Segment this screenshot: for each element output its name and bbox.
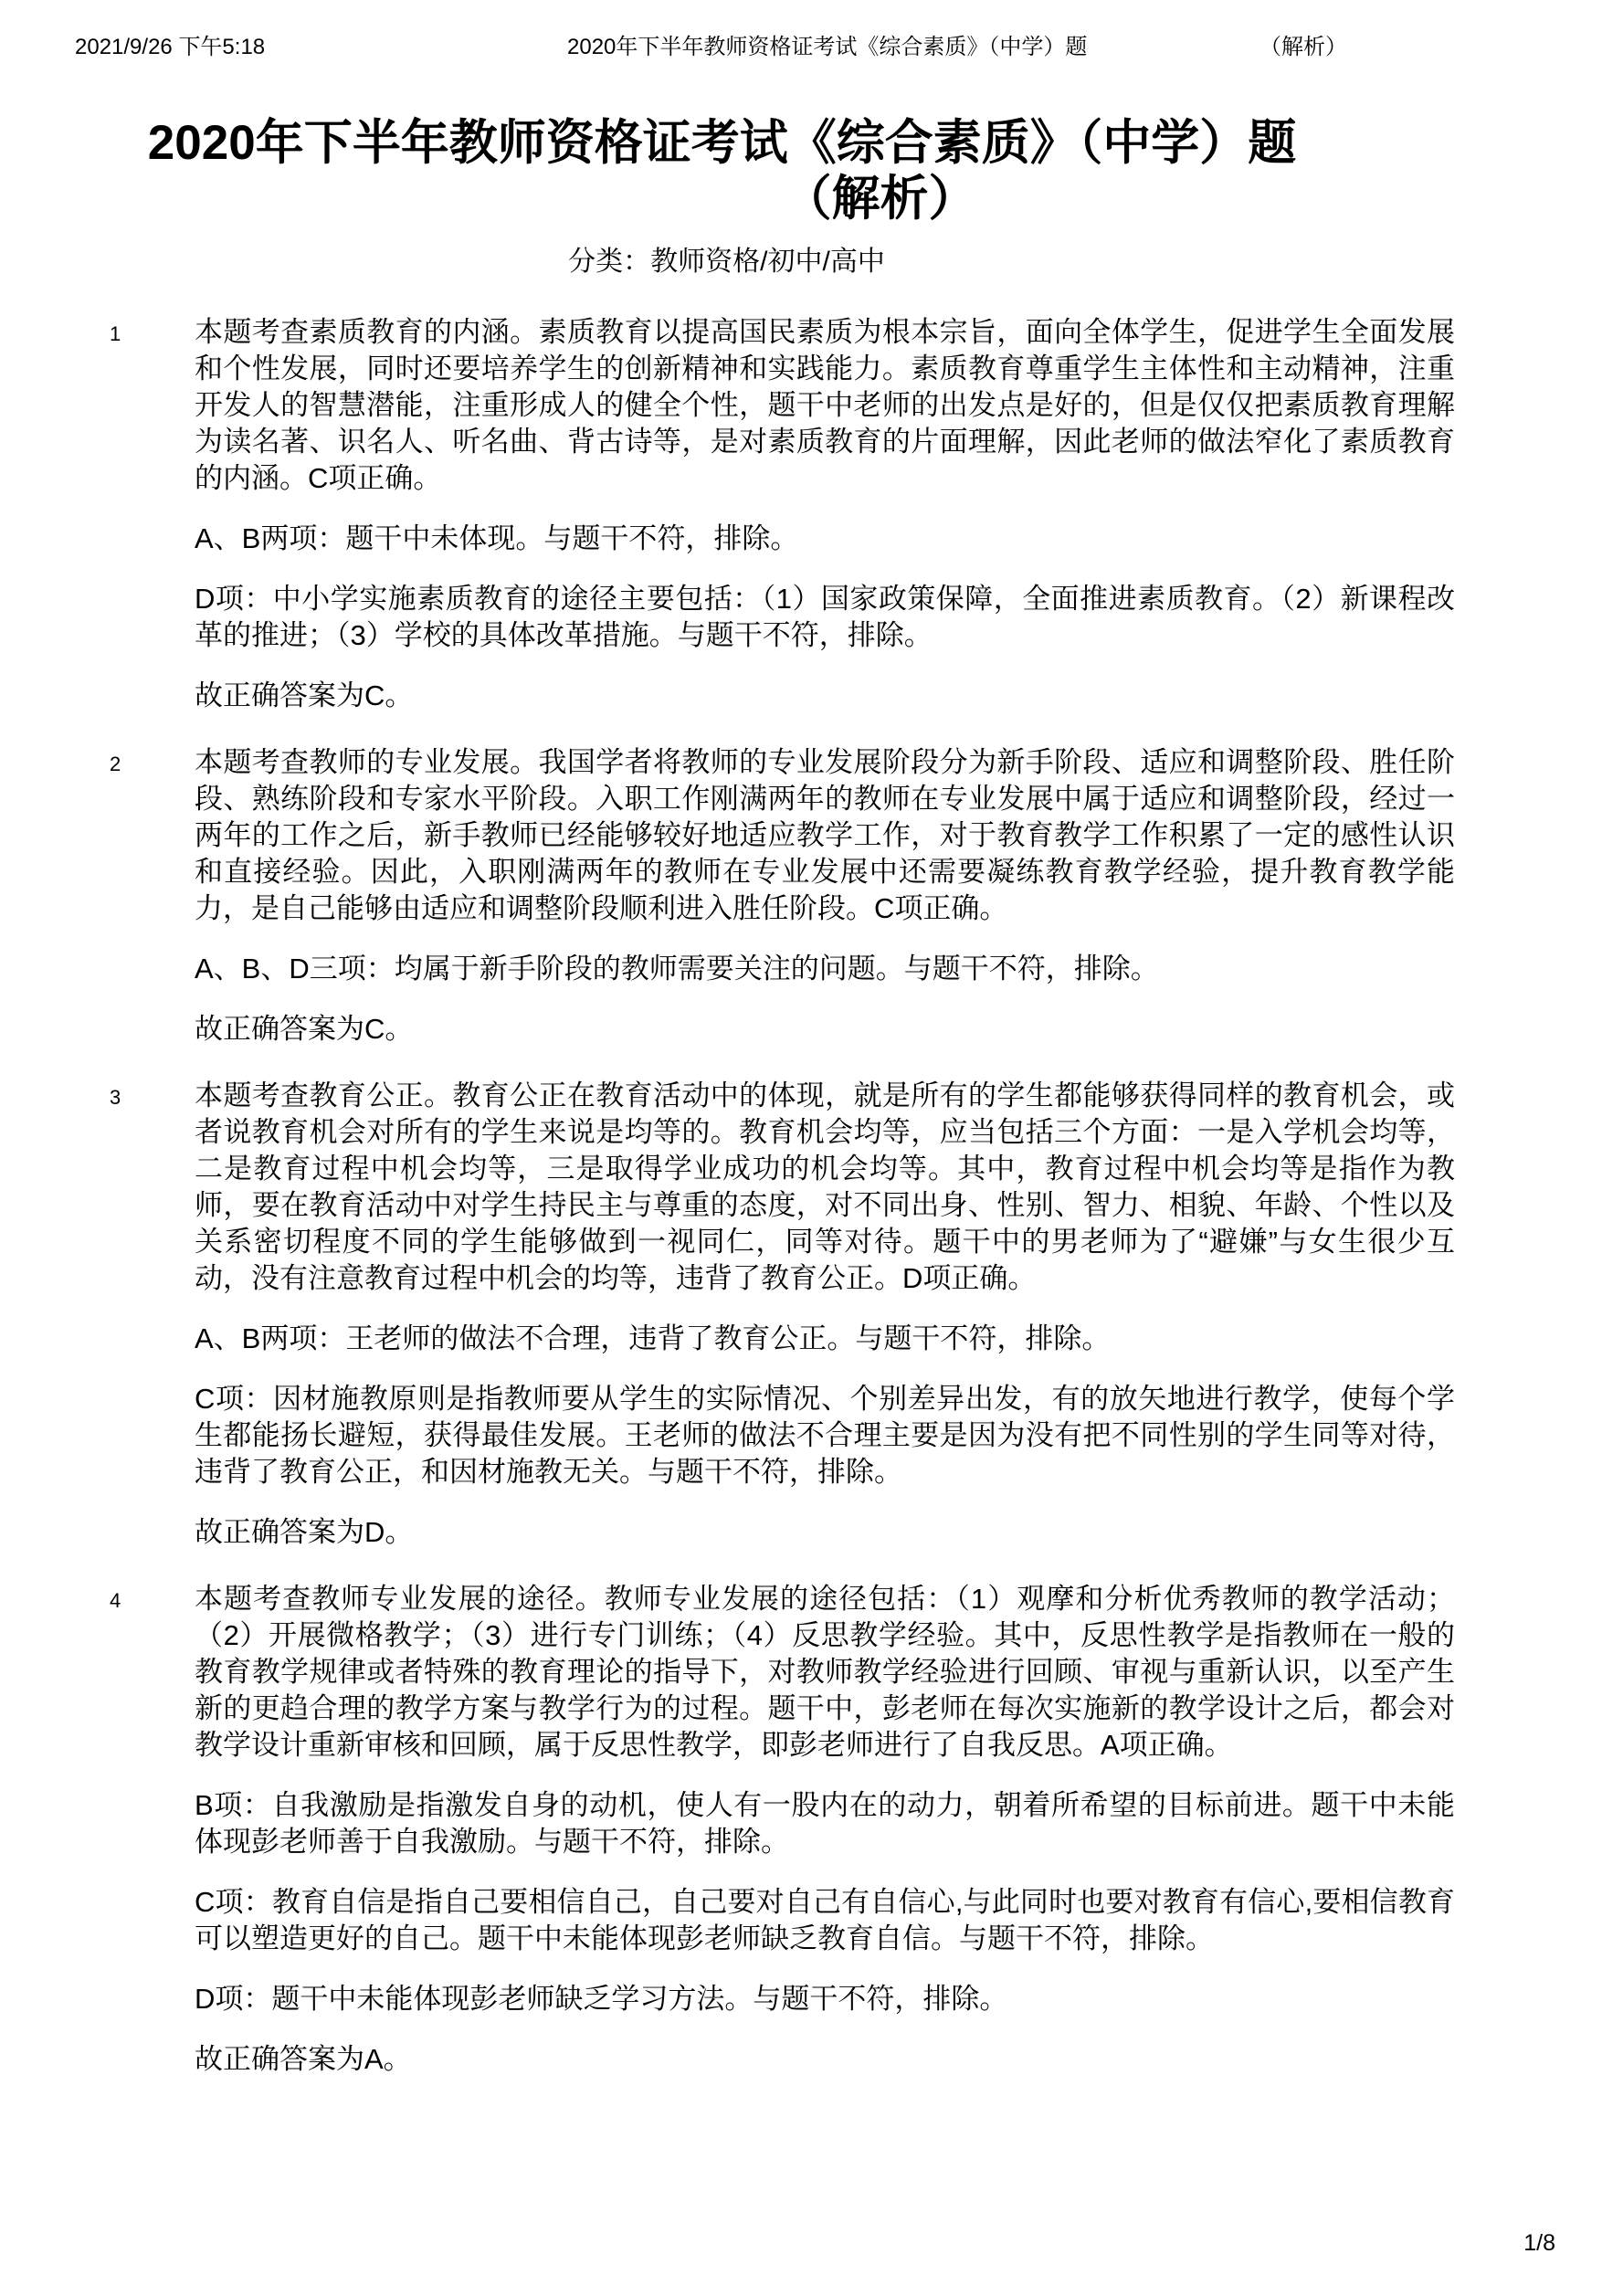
- question-number: 4: [110, 1591, 121, 1611]
- answer-paragraph: 故正确答案为A。: [195, 2041, 1455, 2078]
- page-title-line1: 2020年下半年教师资格证考试《综合素质》（中学）题: [0, 115, 1533, 171]
- answer-item: 2本题考查教师的专业发展。我国学者将教师的专业发展阶段分为新手阶段、适应和调整阶…: [195, 744, 1455, 1048]
- answer-paragraph: C项：教育自信是指自己要相信自己，自己要对自己有自信心,与此同时也要对教育有信心…: [195, 1884, 1455, 1957]
- document-page: 2021/9/26 下午5:18 2020年下半年教师资格证考试《综合素质》（中…: [0, 0, 1623, 2296]
- answer-paragraph: A、B两项：题干中未体现。与题干不符，排除。: [195, 521, 1455, 557]
- page-title: 2020年下半年教师资格证考试《综合素质》（中学）题 （解析）: [0, 115, 1623, 226]
- answer-item: 1本题考查素质教育的内涵。素质教育以提高国民素质为根本宗旨，面向全体学生，促进学…: [195, 314, 1455, 714]
- question-number: 1: [110, 324, 121, 344]
- answer-paragraph: D项：题干中未能体现彭老师缺乏学习方法。与题干不符，排除。: [195, 1981, 1455, 2017]
- answer-paragraph: B项：自我激励是指激发自身的动机，使人有一股内在的动力，朝着所希望的目标前进。题…: [195, 1787, 1455, 1860]
- answer-paragraph: 本题考查素质教育的内涵。素质教育以提高国民素质为根本宗旨，面向全体学生，促进学生…: [195, 314, 1455, 497]
- answer-paragraph: C项：因材施教原则是指教师要从学生的实际情况、个别差异出发，有的放矢地进行教学，…: [195, 1381, 1455, 1490]
- answer-item: 4本题考查教师专业发展的途径。教师专业发展的途径包括：（1）观摩和分析优秀教师的…: [195, 1581, 1455, 2078]
- answer-item: 3本题考查教育公正。教育公正在教育活动中的体现，就是所有的学生都能够获得同样的教…: [195, 1078, 1455, 1551]
- page-number: 1/8: [1523, 2230, 1555, 2256]
- print-header-datetime: 2021/9/26 下午5:18: [75, 35, 265, 60]
- question-number: 3: [110, 1088, 121, 1108]
- answer-paragraph: A、B两项：王老师的做法不合理，违背了教育公正。与题干不符，排除。: [195, 1321, 1455, 1357]
- category-text: 分类：教师资格/初中/高中: [568, 247, 885, 277]
- answer-paragraph: 本题考查教师的专业发展。我国学者将教师的专业发展阶段分为新手阶段、适应和调整阶段…: [195, 744, 1455, 927]
- question-number: 2: [110, 754, 121, 774]
- answer-paragraph: 故正确答案为C。: [195, 1011, 1455, 1048]
- category-line: 分类：教师资格/初中/高中: [0, 243, 1623, 281]
- answer-paragraph: D项：中小学实施素质教育的途径主要包括：（1）国家政策保障，全面推进素质教育。（…: [195, 581, 1455, 654]
- answer-paragraph: 故正确答案为C。: [195, 678, 1455, 714]
- answer-paragraph: 本题考查教育公正。教育公正在教育活动中的体现，就是所有的学生都能够获得同样的教育…: [195, 1078, 1455, 1297]
- answer-paragraph: 本题考查教师专业发展的途径。教师专业发展的途径包括：（1）观摩和分析优秀教师的教…: [195, 1581, 1455, 1764]
- answer-paragraph: 故正确答案为D。: [195, 1514, 1455, 1551]
- page-title-line2: （解析）: [69, 171, 1623, 226]
- print-header-title: 2020年下半年教师资格证考试《综合素质》（中学）题: [567, 35, 1087, 60]
- print-header-title-suffix: （解析）: [1259, 35, 1347, 60]
- answer-list: 1本题考查素质教育的内涵。素质教育以提高国民素质为根本宗旨，面向全体学生，促进学…: [195, 314, 1455, 2108]
- answer-paragraph: A、B、D三项：均属于新手阶段的教师需要关注的问题。与题干不符，排除。: [195, 951, 1455, 987]
